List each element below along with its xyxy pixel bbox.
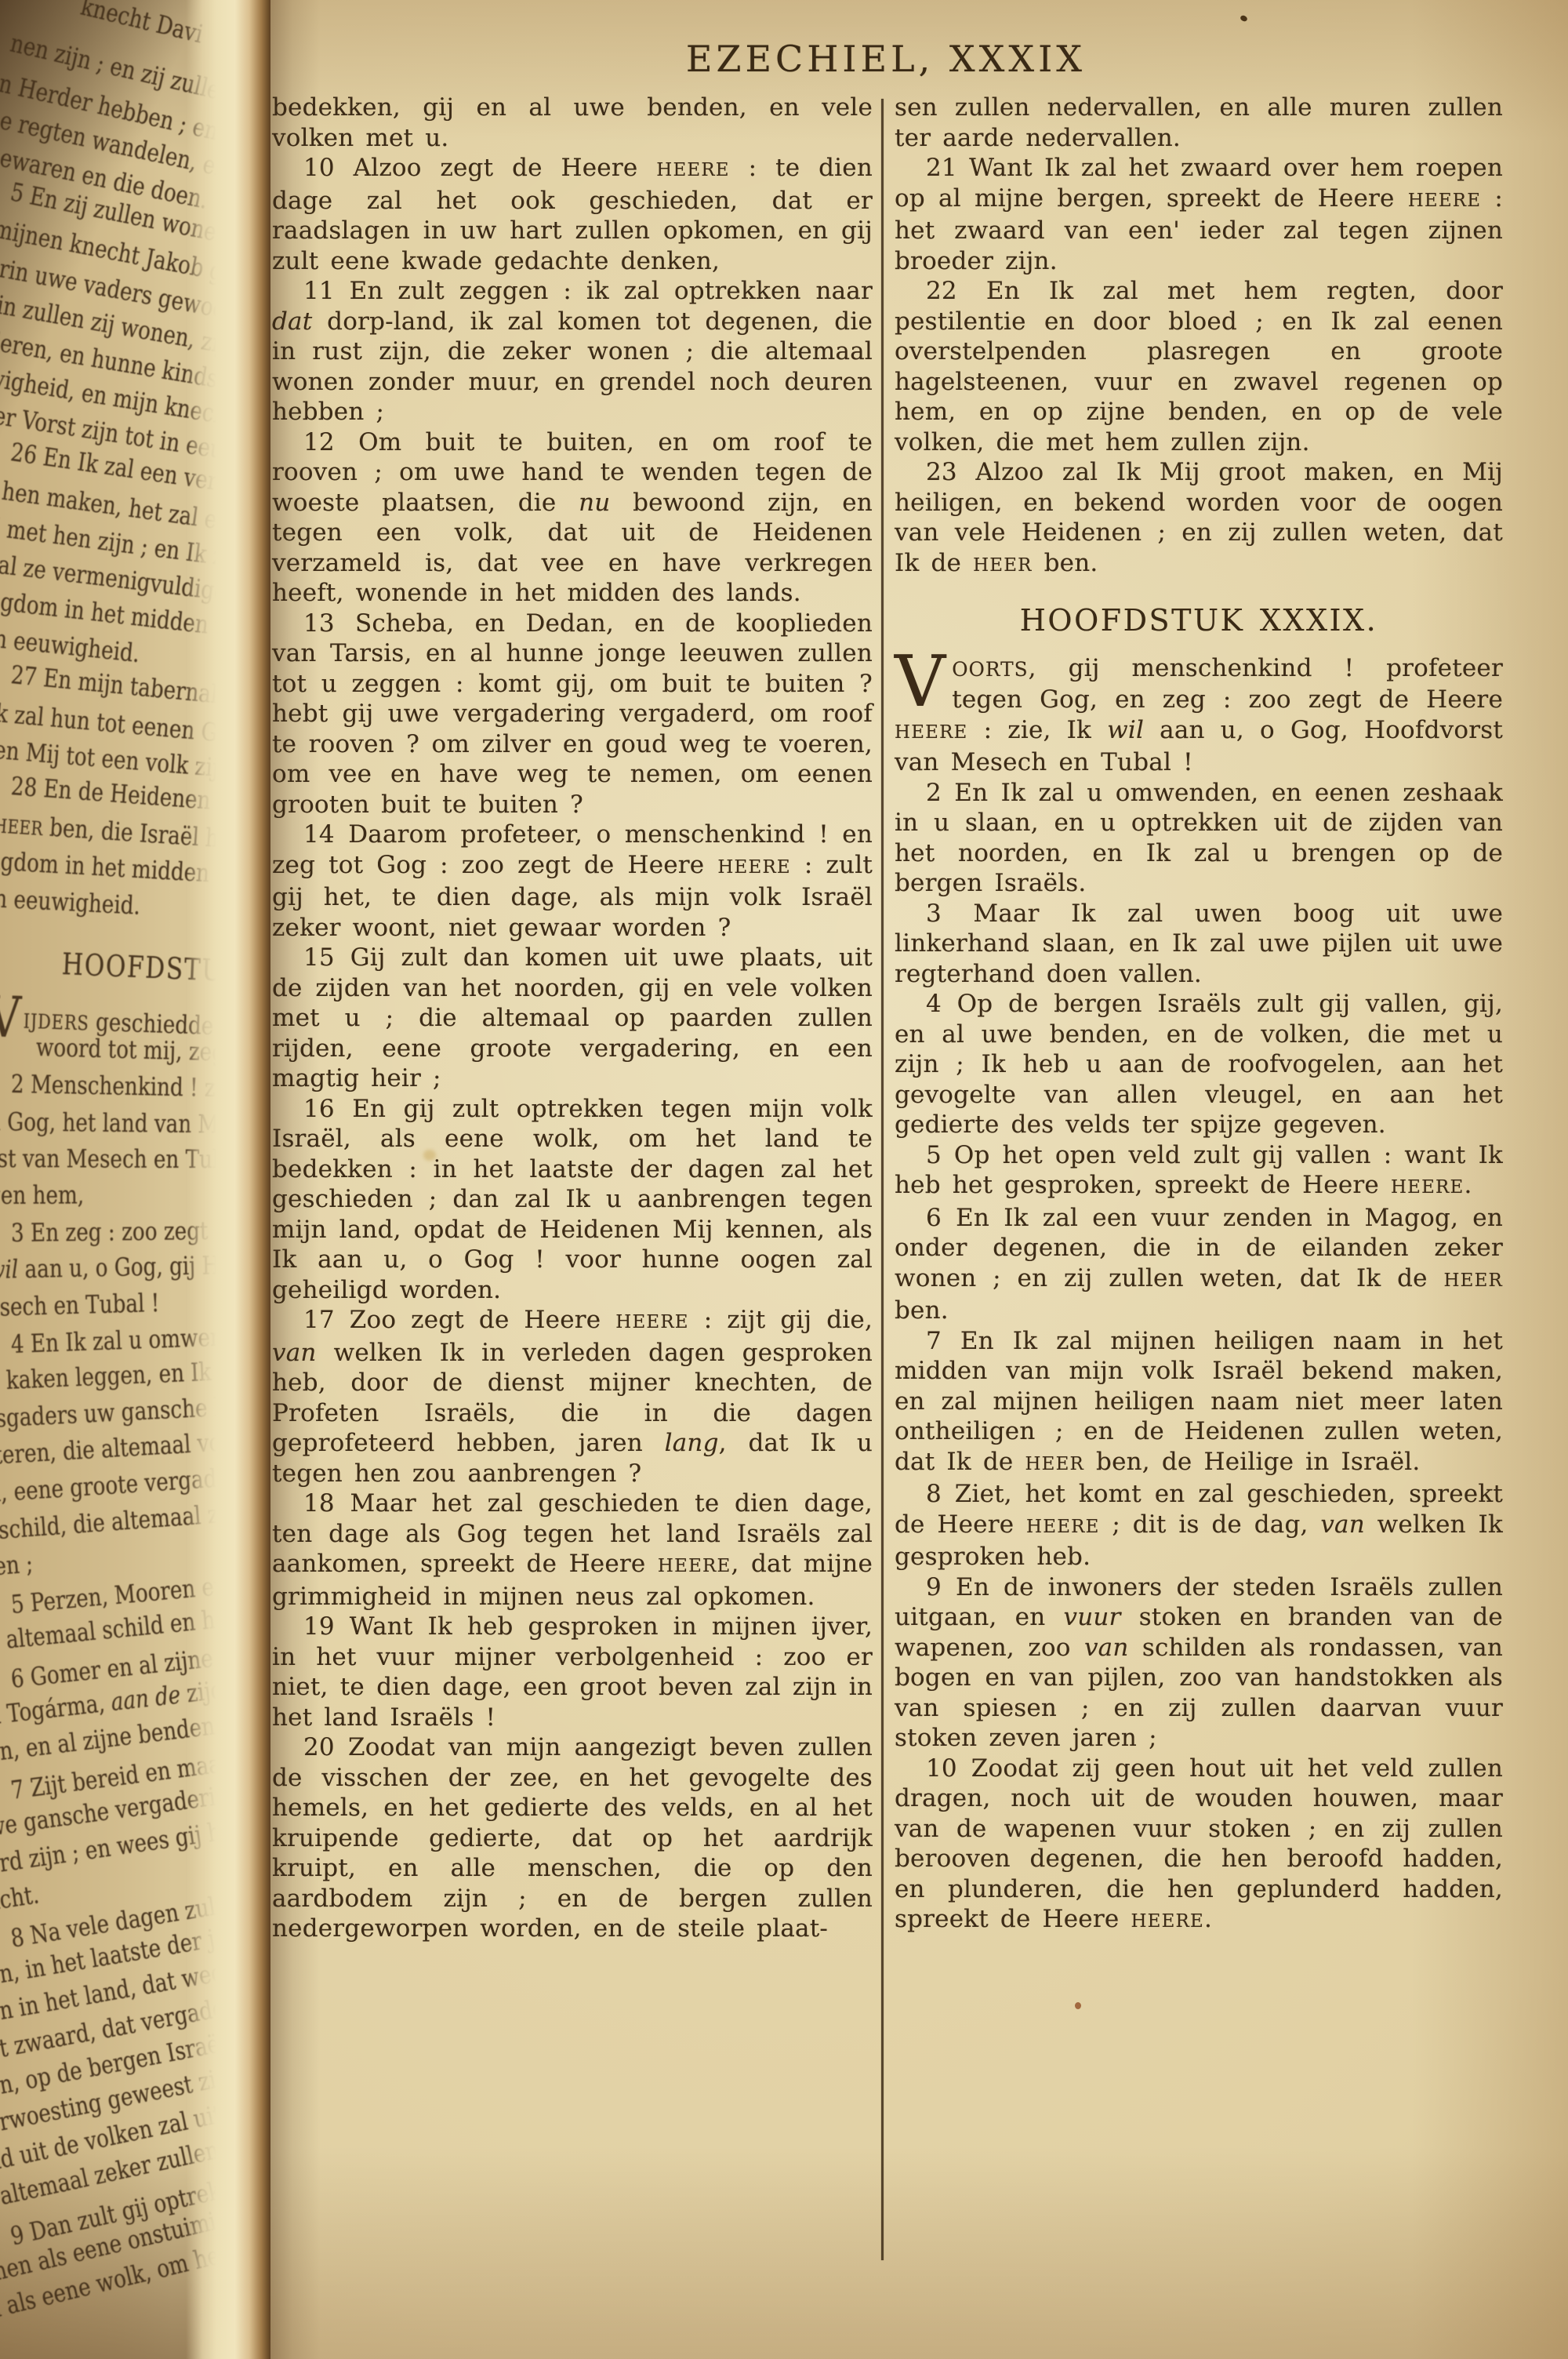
verse-paragraph: 22 En Ik zal met hem regten, door pestil… (895, 276, 1503, 457)
verse-paragraph: sen zullen nedervallen, en alle muren zu… (895, 93, 1503, 153)
verse-paragraph: 15 Gij zult dan komen uit uwe plaats, ui… (272, 943, 873, 1094)
verse-paragraph: 9 En de inwoners der steden Israëls zull… (895, 1572, 1503, 1754)
verse-paragraph: 10 Zoodat zij geen hout uit het veld zul… (895, 1754, 1503, 1937)
verse-paragraph: 20 Zoodat van mijn aangezigt beven zulle… (272, 1732, 873, 1944)
curled-text-fragment: gen hem, (0, 1180, 84, 1210)
verse-paragraph: 4 Op de bergen Israëls zult gij vallen, … (895, 989, 1503, 1140)
verse-paragraph: 19 Want Ik heb gesproken in mijnen ijver… (272, 1612, 873, 1732)
verse-paragraph: 17 Zoo zegt de Heere HEERE : zijt gij di… (272, 1305, 873, 1488)
page-header: EZECHIEL, XXXIX (270, 38, 1501, 80)
verse-paragraph: VOORTS, gij menschenkind ! profeteer teg… (895, 653, 1503, 778)
verse-paragraph: 6 En Ik zal een vuur zenden in Magog, en… (895, 1203, 1503, 1326)
column-divider (881, 99, 884, 2260)
curled-text-fragment: esech en Tubal ! (0, 1288, 160, 1322)
curled-text-fragment: acht. (0, 1879, 41, 1916)
verse-paragraph: 10 Alzoo zegt de Heere HEERE : te dien d… (272, 153, 873, 276)
paper-stain (423, 1150, 436, 1161)
verse-paragraph: 18 Maar het zal geschieden te dien dage,… (272, 1488, 873, 1612)
verse-paragraph: 3 Maar Ik zal uwen boog uit uwe linkerha… (895, 899, 1503, 990)
chapter-heading: HOOFDSTUK XXXIX. (895, 605, 1503, 636)
curled-text-fragment: in eeuwigheid. (0, 883, 141, 921)
verse-paragraph: 11 En zult zeggen : ik zal optrekken naa… (272, 276, 873, 427)
verse-paragraph: 13 Scheba, en Dedan, en de kooplieden va… (272, 609, 873, 820)
verse-paragraph: 16 En gij zult optrekken tegen mijn volk… (272, 1094, 873, 1306)
verse-paragraph: 14 Daarom profeteer, o menschenkind ! en… (272, 820, 873, 943)
left-column: bedekken, gij en al uwe benden, en vele … (272, 93, 873, 1944)
book-photo: EZECHIEL, XXXIX bedekken, gij en al uwe … (0, 0, 1568, 2359)
right-column: sen zullen nedervallen, en alle muren zu… (895, 93, 1503, 1937)
drop-cap: V (0, 983, 24, 1051)
ink-speck (1240, 14, 1248, 22)
verse-paragraph: 23 Alzoo zal Ik Mij groot maken, en Mij … (895, 457, 1503, 580)
verse-paragraph: 5 Op het open veld zult gij vallen : wan… (895, 1140, 1503, 1203)
verse-paragraph: 21 Want Ik zal het zwaard over hem roepe… (895, 153, 1503, 276)
curled-page-margin (186, 0, 270, 2359)
drop-cap: V (895, 653, 952, 710)
curled-text-fragment: len ; (0, 1549, 34, 1583)
verse-paragraph: 12 Om buit te buiten, en om roof te roov… (272, 427, 873, 609)
curled-page-edge: knecht Davinen zijn ; en zij zullen aen … (0, 0, 270, 2359)
verse-paragraph: 7 En Ik zal mijnen heiligen naam in het … (895, 1326, 1503, 1480)
verse-paragraph: 2 En Ik zal u omwenden, en eenen zeshaak… (895, 778, 1503, 899)
verse-paragraph: bedekken, gij en al uwe benden, en vele … (272, 93, 873, 153)
ink-speck (1075, 2002, 1081, 2009)
verse-paragraph: 8 Ziet, het komt en zal geschieden, spre… (895, 1479, 1503, 1572)
